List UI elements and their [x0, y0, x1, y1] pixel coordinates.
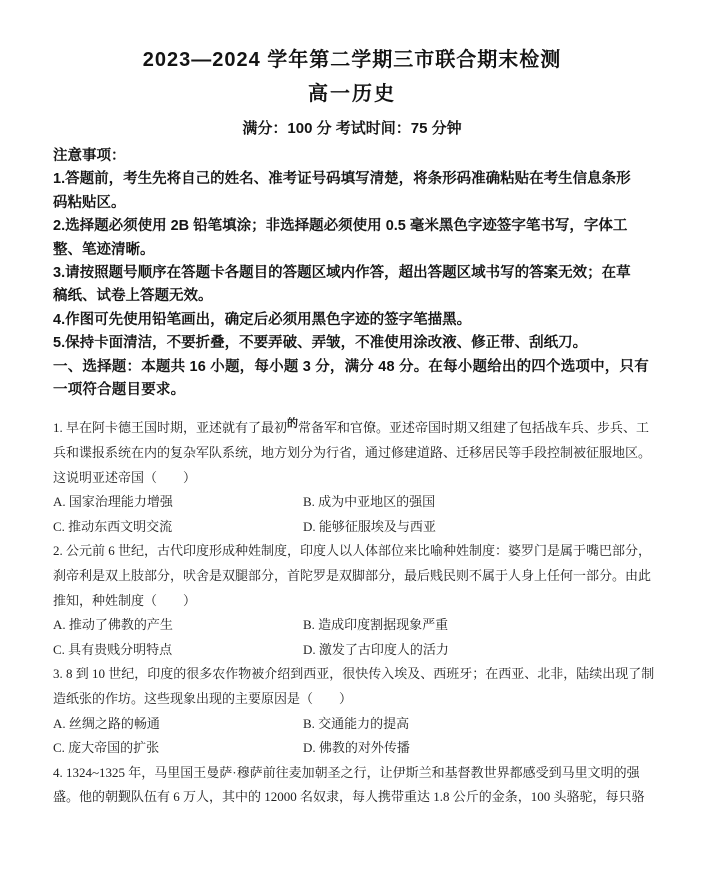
notice-item-5: 5.保持卡面清洁，不要折叠，不要弄破、弄皱，不准使用涂改液、修正带、刮纸刀。	[53, 332, 651, 355]
question-1-option-c: C. 推动东西文明交流	[53, 515, 303, 540]
question-1-option-a: A. 国家治理能力增强	[53, 490, 303, 515]
exam-subject-title: 高一历史	[53, 83, 651, 106]
notice-section: 注意事项： 1.答题前，考生先将自己的姓名、准考证号码填写清楚，将条形码准确粘贴…	[53, 145, 651, 356]
question-1-stem-superscript: 的	[287, 418, 298, 430]
page-title: 2023—2024 学年第二学期三市联合期末检测	[53, 49, 651, 72]
question-1-stem-post: 常备军和官僚。亚述帝国时期又组建了包括战车兵、步兵、工	[298, 420, 649, 435]
notice-item-2-line-2: 整、笔迹清晰。	[53, 239, 651, 262]
question-2-option-a: A. 推动了佛教的产生	[53, 613, 303, 638]
question-2-option-b: B. 造成印度割据现象严重	[303, 613, 448, 638]
question-4-stem-line-1: 4. 1324~1325 年，马里国王曼萨·穆萨前往麦加朝圣之行，让伊斯兰和基督…	[53, 761, 651, 786]
question-list: 1. 早在阿卡德王国时期，亚述就有了最初的常备军和官僚。亚述帝国时期又组建了包括…	[53, 416, 651, 810]
question-3-option-d: D. 佛教的对外传播	[303, 736, 410, 761]
question-3-option-a: A. 丝绸之路的畅通	[53, 712, 303, 737]
section-heading-line-2: 一项符合题目要求。	[53, 379, 651, 402]
question-3-stem-line-1: 3. 8 到 10 世纪，印度的很多农作物被介绍到西亚，很快传入埃及、西班牙；在…	[53, 662, 651, 687]
question-4-stem-line-2: 盛。他的朝觐队伍有 6 万人，其中的 12000 名奴隶，每人携带重达 1.8 …	[53, 785, 651, 810]
notice-item-3-line-1: 3.请按照题号顺序在答题卡各题目的答题区域内作答，超出答题区域书写的答案无效；在…	[53, 262, 651, 285]
question-3-option-c: C. 庞大帝国的扩张	[53, 736, 303, 761]
page-content: 2023—2024 学年第二学期三市联合期末检测 高一历史 满分：100 分 考…	[0, 0, 701, 810]
question-2-options-row-1: A. 推动了佛教的产生 B. 造成印度割据现象严重	[53, 613, 651, 638]
exam-score-time-info: 满分：100 分 考试时间：75 分钟	[53, 119, 651, 138]
notice-item-2-line-1: 2.选择题必须使用 2B 铅笔填涂；非选择题必须使用 0.5 毫米黑色字迹签字笔…	[53, 215, 651, 238]
question-2-stem-line-3: 推知，种姓制度（ ）	[53, 589, 651, 614]
question-1: 1. 早在阿卡德王国时期，亚述就有了最初的常备军和官僚。亚述帝国时期又组建了包括…	[53, 416, 651, 539]
question-1-stem-line-3: 这说明亚述帝国（ ）	[53, 466, 651, 491]
question-1-stem-line-2: 兵和谍报系统在内的复杂军队系统，地方划分为行省，通过修建道路、迁移居民等手段控制…	[53, 441, 651, 466]
section-heading-line-1: 一、选择题：本题共 16 小题，每小题 3 分，满分 48 分。在每小题给出的四…	[53, 356, 651, 379]
question-3-stem-line-2: 造纸张的作坊。这些现象出现的主要原因是（ ）	[53, 687, 651, 712]
question-3-option-b: B. 交通能力的提高	[303, 712, 409, 737]
question-3: 3. 8 到 10 世纪，印度的很多农作物被介绍到西亚，很快传入埃及、西班牙；在…	[53, 662, 651, 760]
question-2-stem-line-2: 刹帝利是双上肢部分，吠舍是双腿部分，首陀罗是双脚部分，最后贱民则不属于人身上任何…	[53, 564, 651, 589]
notice-item-3-line-2: 稿纸、试卷上答题无效。	[53, 285, 651, 308]
notice-item-1-line-2: 码粘贴区。	[53, 192, 651, 215]
exam-paper-page: 2023—2024 学年第二学期三市联合期末检测 高一历史 满分：100 分 考…	[0, 0, 701, 877]
question-2-stem-line-1: 2. 公元前 6 世纪，古代印度形成种姓制度，印度人以人体部位来比喻种姓制度：婆…	[53, 539, 651, 564]
question-2-options-row-2: C. 具有贵贱分明特点 D. 激发了古印度人的活力	[53, 638, 651, 663]
question-1-stem-pre: 1. 早在阿卡德王国时期，亚述就有了最初	[53, 420, 287, 435]
question-2-option-d: D. 激发了古印度人的活力	[303, 638, 449, 663]
notice-item-4: 4.作图可先使用铅笔画出，确定后必须用黑色字迹的签字笔描黑。	[53, 309, 651, 332]
section-one-heading: 一、选择题：本题共 16 小题，每小题 3 分，满分 48 分。在每小题给出的四…	[53, 356, 651, 403]
notice-heading: 注意事项：	[53, 145, 651, 168]
question-3-options-row-2: C. 庞大帝国的扩张 D. 佛教的对外传播	[53, 736, 651, 761]
question-2: 2. 公元前 6 世纪，古代印度形成种姓制度，印度人以人体部位来比喻种姓制度：婆…	[53, 539, 651, 662]
question-3-options-row-1: A. 丝绸之路的畅通 B. 交通能力的提高	[53, 712, 651, 737]
notice-item-1-line-1: 1.答题前，考生先将自己的姓名、准考证号码填写清楚，将条形码准确粘贴在考生信息条…	[53, 168, 651, 191]
question-1-options-row-1: A. 国家治理能力增强 B. 成为中亚地区的强国	[53, 490, 651, 515]
question-4: 4. 1324~1325 年，马里国王曼萨·穆萨前往麦加朝圣之行，让伊斯兰和基督…	[53, 761, 651, 810]
question-2-option-c: C. 具有贵贱分明特点	[53, 638, 303, 663]
question-1-option-d: D. 能够征服埃及与西亚	[303, 515, 436, 540]
question-1-option-b: B. 成为中亚地区的强国	[303, 490, 435, 515]
question-1-stem-line-1: 1. 早在阿卡德王国时期，亚述就有了最初的常备军和官僚。亚述帝国时期又组建了包括…	[53, 416, 651, 441]
question-1-options-row-2: C. 推动东西文明交流 D. 能够征服埃及与西亚	[53, 515, 651, 540]
